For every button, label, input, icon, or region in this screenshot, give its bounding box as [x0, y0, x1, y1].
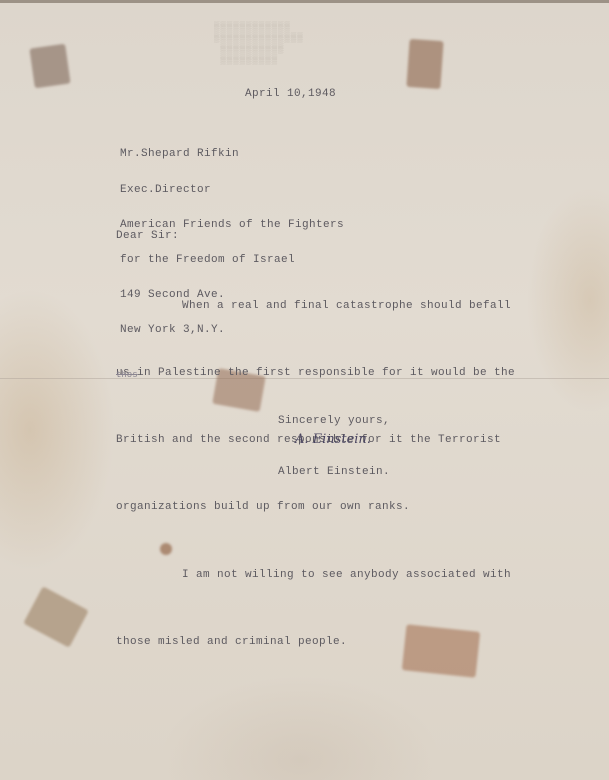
recipient-line: Mr.Shepard Rifkin: [120, 149, 344, 161]
paper-top-edge: [0, 0, 609, 3]
body-line: When a real and final catastrophe should…: [116, 295, 515, 317]
body-line: organizations build up from our own rank…: [116, 496, 515, 518]
struck-out-word: thos: [116, 370, 138, 380]
faded-letterhead: ▒▒▒▒▒▒▒▒▒▒▒▒ ▒▒▒▒▒▒▒▒▒▒▒▒▒▒ ▒▒▒▒▒▒▒▒▒▒ ▒…: [214, 22, 364, 66]
tape-stain: [406, 39, 443, 89]
salutation: Dear Sir:: [116, 230, 179, 242]
typed-name: Albert Einstein.: [278, 466, 390, 478]
closing: Sincerely yours,: [278, 415, 390, 427]
body-line: those misled and criminal people.: [116, 631, 515, 653]
recipient-line: Exec.Director: [120, 185, 344, 197]
tape-stain: [29, 44, 70, 89]
letter-date: April 10,1948: [245, 88, 336, 100]
letter-page: ▒▒▒▒▒▒▒▒▒▒▒▒ ▒▒▒▒▒▒▒▒▒▒▒▒▒▒ ▒▒▒▒▒▒▒▒▒▒ ▒…: [0, 0, 609, 780]
handwritten-signature: A. Einstein.: [295, 432, 371, 447]
tape-stain: [23, 586, 89, 647]
body-line: I am not willing to see anybody associat…: [116, 564, 515, 586]
body-line: us in Palestine the first responsible fo…: [116, 362, 515, 384]
